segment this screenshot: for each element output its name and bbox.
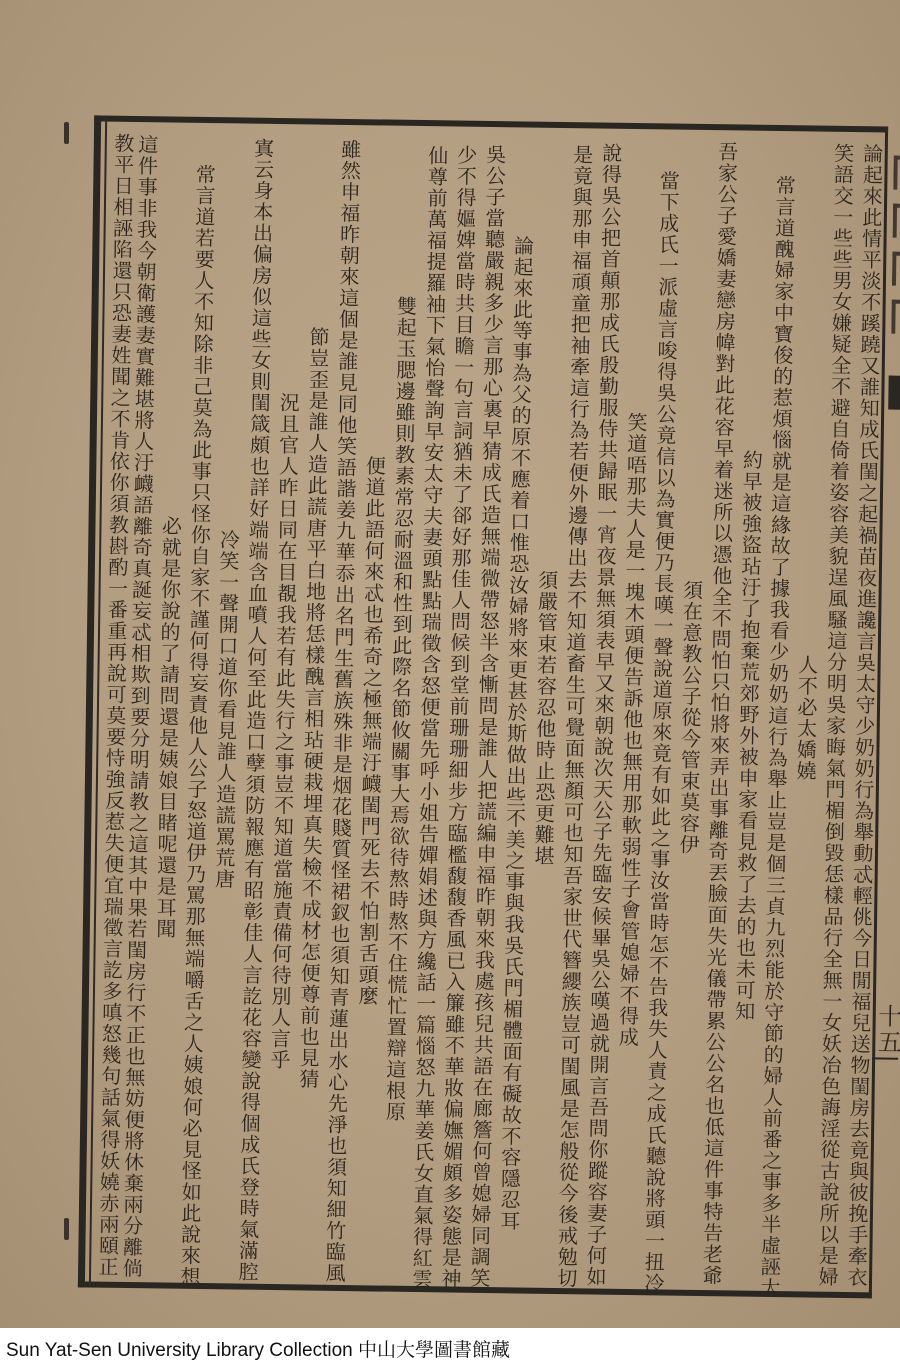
banxin-cropped-title [891, 146, 900, 366]
collection-caption-bar: Sun Yat-Sen University Library Collectio… [0, 1328, 900, 1364]
printed-block: 十五 論起來此情平淡不蹊蹺又誰知成氏閨之起禍苗夜進讒言吳太守少奶奶行為舉動忒輕佻… [0, 0, 900, 1334]
collection-caption: Sun Yat-Sen University Library Collectio… [6, 1335, 510, 1362]
page-number: 十五 [875, 1003, 900, 1055]
frame-top-border [94, 115, 888, 132]
banxin-rule [872, 1057, 898, 1059]
banxin-fishtail-mark [888, 376, 900, 410]
scanned-page: 十五 論起來此情平淡不蹊蹺又誰知成氏閨之起禍苗夜進讒言吳太守少奶奶行為舉動忒輕佻… [0, 0, 900, 1328]
